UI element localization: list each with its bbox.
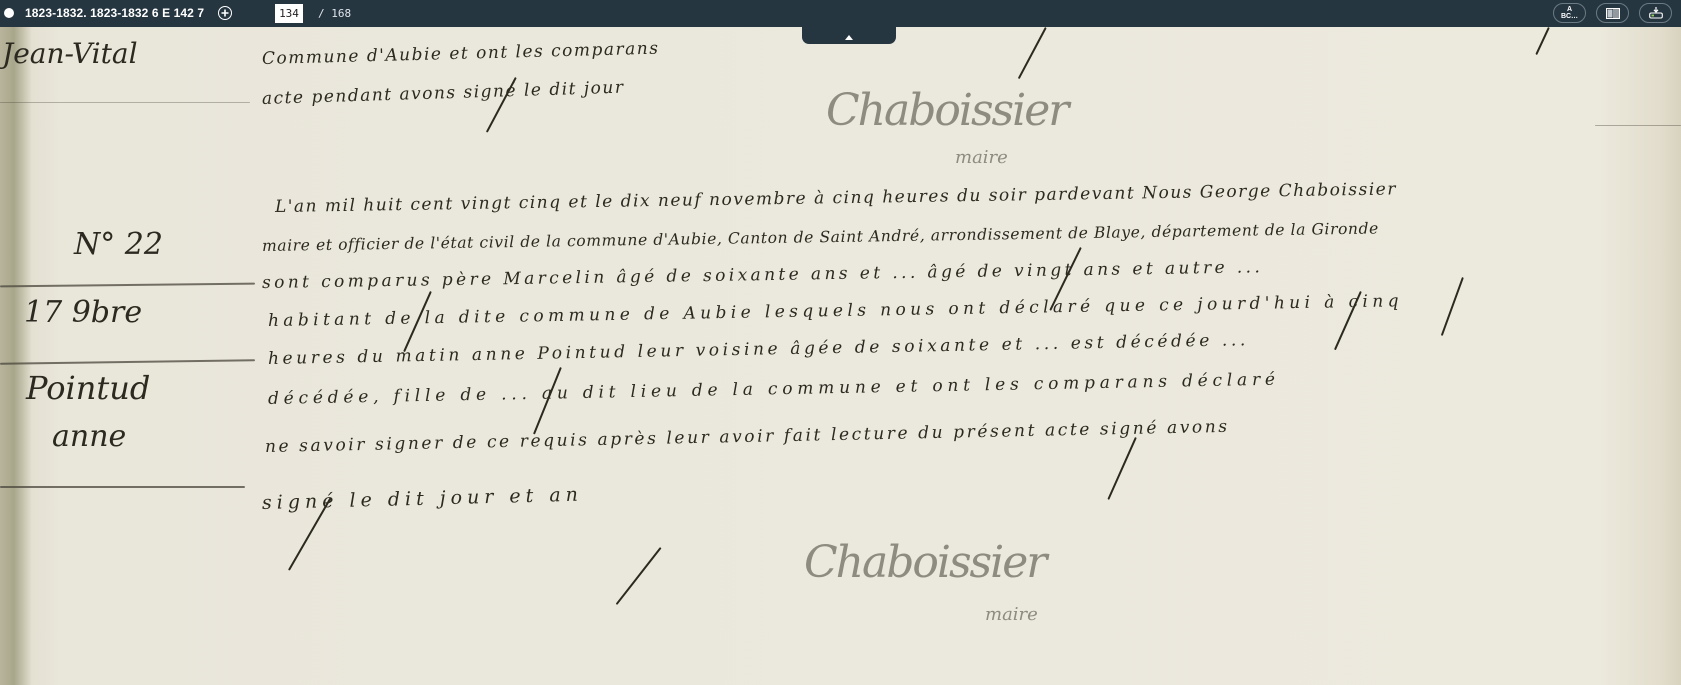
pen-stroke (1107, 437, 1136, 500)
plus-icon (221, 9, 229, 17)
signature-mayor-1: Chaboissier (826, 85, 1067, 136)
document-title: 1823-1832. 1823-1832 6 E 142 7 (25, 6, 204, 20)
add-to-selection-button[interactable] (218, 6, 232, 20)
entry-body-line-2: maire et officier de l'état civil de la … (262, 219, 1379, 255)
margin-divider (0, 359, 255, 365)
scanned-page-image[interactable]: Jean-Vital N° 22 17 9bre Pointud anne Co… (0, 27, 1681, 685)
margin-divider (0, 486, 245, 488)
pen-stroke (616, 547, 662, 605)
margin-entry-surname: Pointud (26, 369, 150, 407)
signature-mayor-1-title: maire (955, 147, 1008, 168)
entry-body-line-3: sont comparus père Marcelin âgé de soixa… (262, 257, 1264, 293)
entry-body-line-4: habitant de la dite commune de Aubie les… (268, 291, 1403, 331)
ocr-transcription-button[interactable]: ABC… (1553, 3, 1586, 23)
margin-entry-firstname: anne (52, 419, 126, 454)
entry-body-line-1: L'an mil huit cent vingt cinq et le dix … (275, 179, 1397, 217)
margin-entry-number: N° 22 (74, 227, 163, 262)
download-button[interactable] (1639, 3, 1672, 23)
margin-divider (0, 102, 250, 103)
layout-toggle-button[interactable] (1596, 3, 1629, 23)
page-total: / 168 (318, 7, 351, 20)
margin-entry-date: 17 9bre (24, 295, 142, 330)
prev-entry-line-2: acte pendant avons signé le dit jour (262, 78, 625, 109)
toolbar-collapse-handle[interactable] (802, 26, 896, 44)
margin-divider (0, 283, 255, 288)
ledger-rule (1595, 125, 1681, 126)
text-recognition-icon: ABC… (1561, 6, 1578, 20)
signature-mayor-2: Chaboissier (804, 537, 1045, 588)
download-icon (1649, 7, 1663, 19)
entry-body-line-6: décédée, fille de ... au dit lieu de la … (268, 370, 1280, 409)
panel-layout-icon (1606, 8, 1620, 19)
signature-mayor-2-title: maire (985, 604, 1038, 625)
prev-entry-line-1: Commune d'Aubie­­­ et ont les comparans (262, 39, 660, 69)
entry-body-line-5: heures du matin anne Pointud leur voisin… (268, 330, 1249, 369)
pen-stroke (1018, 27, 1047, 79)
margin-previous-entry-name: Jean-Vital (2, 37, 138, 70)
pen-stroke (1441, 277, 1464, 336)
document-viewer: 1823-1832. 1823-1832 6 E 142 7 / 168 ABC… (0, 0, 1681, 685)
pen-stroke (1535, 27, 1549, 55)
entry-body-line-8: signé le dit jour et an (262, 484, 583, 514)
triangle-up-icon (845, 35, 853, 40)
status-dot-icon (4, 8, 14, 18)
viewer-toolbar: 1823-1832. 1823-1832 6 E 142 7 / 168 ABC… (0, 0, 1681, 27)
entry-body-line-7: ne savoir signer de ce requis après leur… (265, 417, 1230, 457)
page-number-input[interactable] (275, 4, 303, 23)
